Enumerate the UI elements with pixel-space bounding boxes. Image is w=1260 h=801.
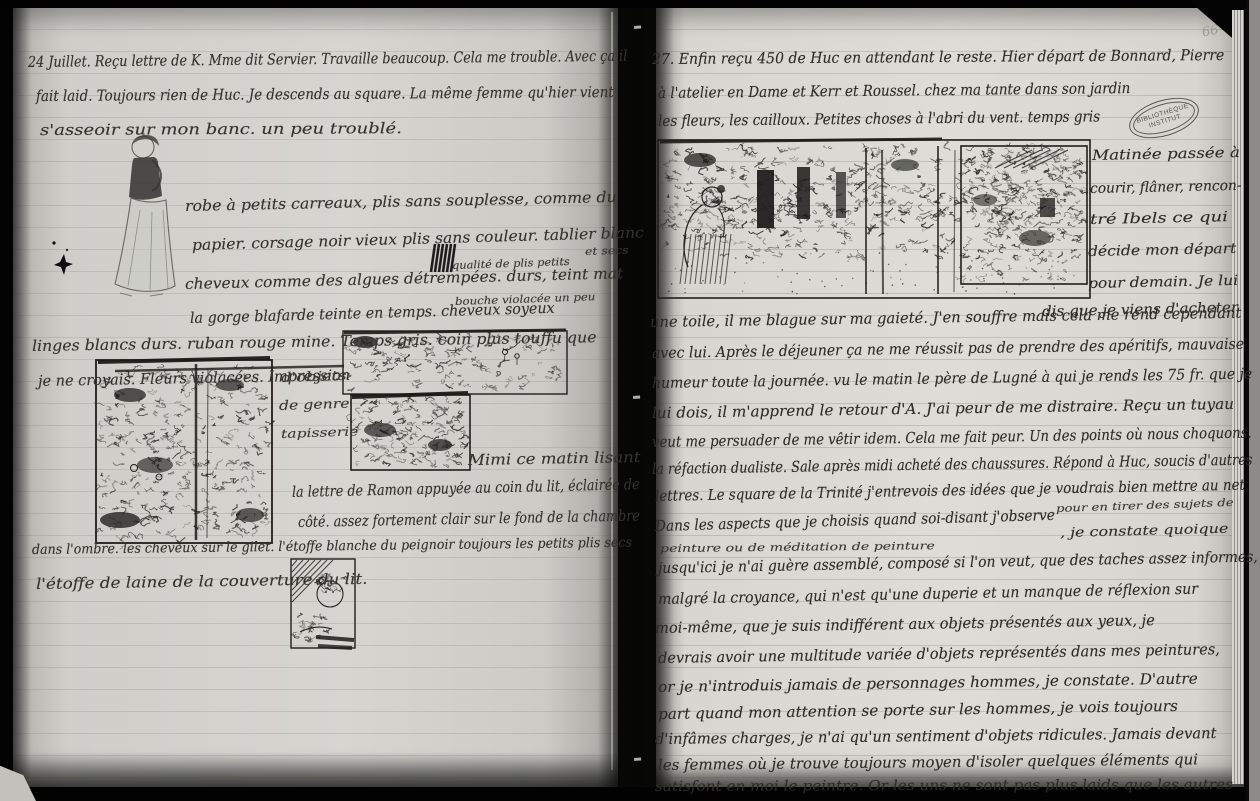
handwritten-line-right-3: Matinée passée à bbox=[1092, 146, 1240, 163]
handwritten-line-left-15: Mimi ce matin lisant bbox=[468, 450, 641, 468]
handwritten-line-right-28: satisfont en moi le peintre. Or les uns … bbox=[655, 778, 1233, 794]
handwritten-line-right-0: 27. Enfin reçu 450 de Huc en attendant l… bbox=[652, 48, 1224, 67]
handwritten-line-right-4: courir, flâner, rencon- bbox=[1090, 179, 1242, 196]
photo-edge bbox=[0, 0, 13, 801]
photo-edge bbox=[13, 0, 31, 801]
handwritten-line-left-2: s'asseoir sur mon banc. un peu troublé. bbox=[40, 121, 402, 138]
notebook-photo: BIBLIOTHÈQUE INSTITUT 66 24 Juillet. Reç… bbox=[0, 0, 1260, 801]
page-edge-highlight bbox=[611, 12, 613, 770]
stamp-line-2: INSTITUT bbox=[1148, 113, 1182, 130]
handwritten-line-right-2: les fleurs, les cailloux. Petites choses… bbox=[658, 109, 1100, 129]
page-shadow bbox=[12, 752, 618, 788]
page-number: 66 bbox=[1201, 23, 1220, 41]
handwritten-line-right-7: pour demain. Je lui bbox=[1088, 274, 1238, 291]
handwritten-line-right-19: peinture ou de méditation de peinture bbox=[660, 541, 935, 554]
handwritten-line-left-13: de genre bbox=[279, 398, 350, 413]
handwritten-line-right-6: décide mon départ bbox=[1088, 242, 1237, 259]
photo-edge bbox=[0, 0, 1260, 8]
handwritten-line-right-5: tré Ibels ce qui bbox=[1090, 210, 1228, 227]
handwritten-line-left-12: d'objets bbox=[281, 370, 347, 385]
handwritten-line-left-6: et secs bbox=[585, 245, 629, 257]
stamp-line-1: BIBLIOTHÈQUE bbox=[1136, 103, 1190, 126]
handwritten-line-left-1: fait laid. Toujours rien de Huc. Je desc… bbox=[36, 85, 614, 104]
handwritten-line-left-14: tapisserie bbox=[281, 425, 359, 440]
photo-edge bbox=[1246, 0, 1260, 801]
